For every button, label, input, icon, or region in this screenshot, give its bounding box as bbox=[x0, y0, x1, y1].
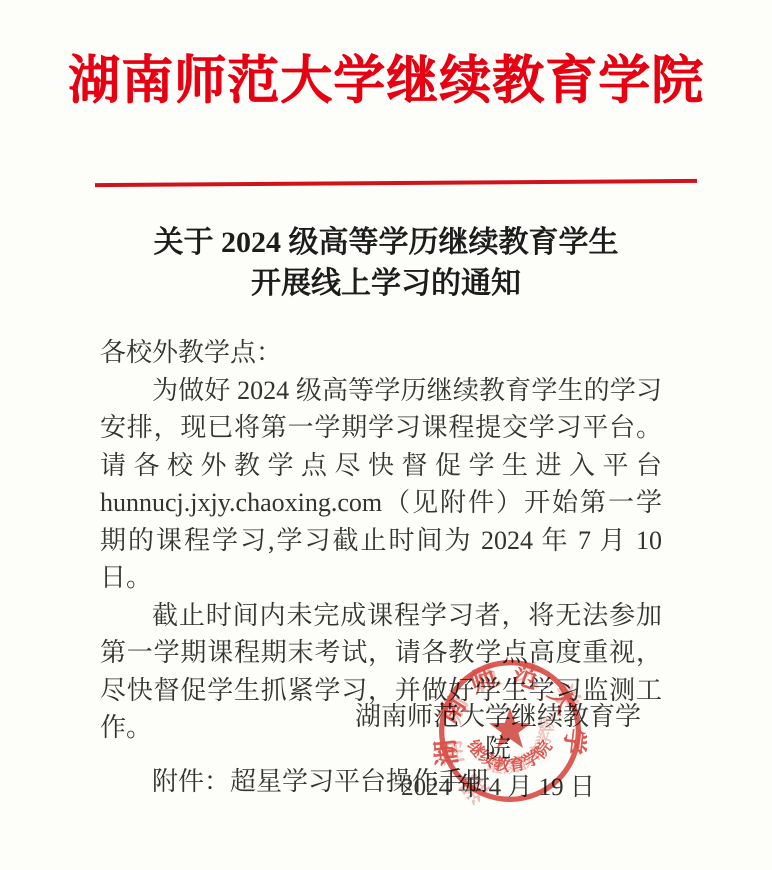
letterhead-divider bbox=[95, 179, 697, 187]
notice-title: 关于 2024 级高等学历继续教育学生 开展线上学习的通知 bbox=[0, 222, 772, 304]
paragraph-1: 为做好 2024 级高等学历继续教育学生的学习安排，现已将第一学期学习课程提交学… bbox=[100, 372, 662, 597]
document-page: 湖南师范大学继续教育学院 关于 2024 级高等学历继续教育学生 开展线上学习的… bbox=[0, 0, 772, 870]
letterhead-title: 湖南师范大学继续教育学院 bbox=[0, 38, 772, 113]
notice-title-line1: 关于 2024 级高等学历继续教育学生 bbox=[0, 222, 772, 263]
notice-title-line2: 开展线上学习的通知 bbox=[0, 263, 772, 304]
seal-bottom-text: 继续教育学院 bbox=[464, 736, 557, 775]
salutation: 各校外教学点： bbox=[100, 334, 662, 372]
official-seal-stamp: 湖南师范大学 继续教育学院 湖南师范大学 继续教育学院 bbox=[433, 654, 587, 808]
seal-star-icon bbox=[489, 708, 531, 748]
